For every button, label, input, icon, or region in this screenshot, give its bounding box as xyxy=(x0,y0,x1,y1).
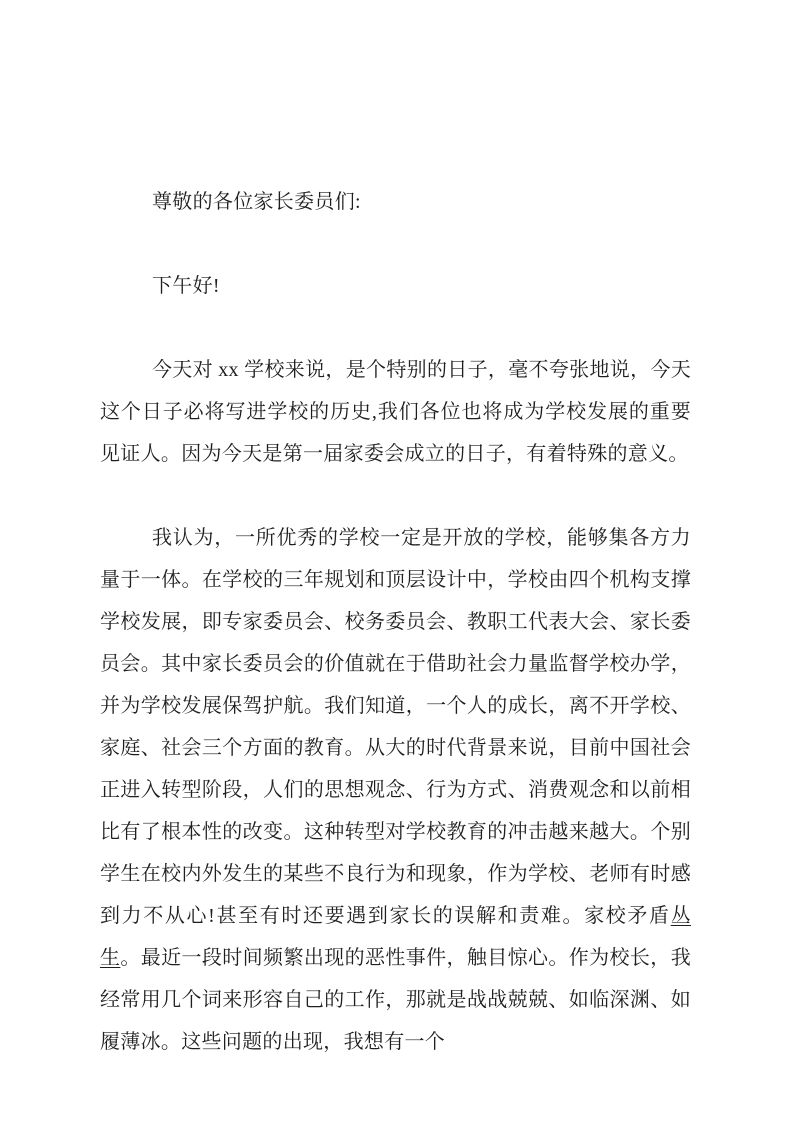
paragraph-2-segment-after: 。最近一段时间频繁出现的恶性事件，触目惊心。作为校长，我经常用几个词来形容自己的… xyxy=(100,947,691,1053)
document-page: 尊敬的各位家长委员们: 下午好! 今天对 xx 学校来说，是个特别的日子，毫不夸… xyxy=(0,0,793,1122)
salutation-line: 尊敬的各位家长委员们: xyxy=(100,181,691,223)
body-paragraph-2: 我认为，一所优秀的学校一定是开放的学校，能够集各方力量于一体。在学校的三年规划和… xyxy=(100,517,691,1063)
greeting-line: 下午好! xyxy=(100,265,691,307)
body-paragraph-1: 今天对 xx 学校来说，是个特别的日子，毫不夸张地说，今天这个日子必将写进学校的… xyxy=(100,349,691,475)
paragraph-2-segment-before: 我认为，一所优秀的学校一定是开放的学校，能够集各方力量于一体。在学校的三年规划和… xyxy=(100,527,691,927)
